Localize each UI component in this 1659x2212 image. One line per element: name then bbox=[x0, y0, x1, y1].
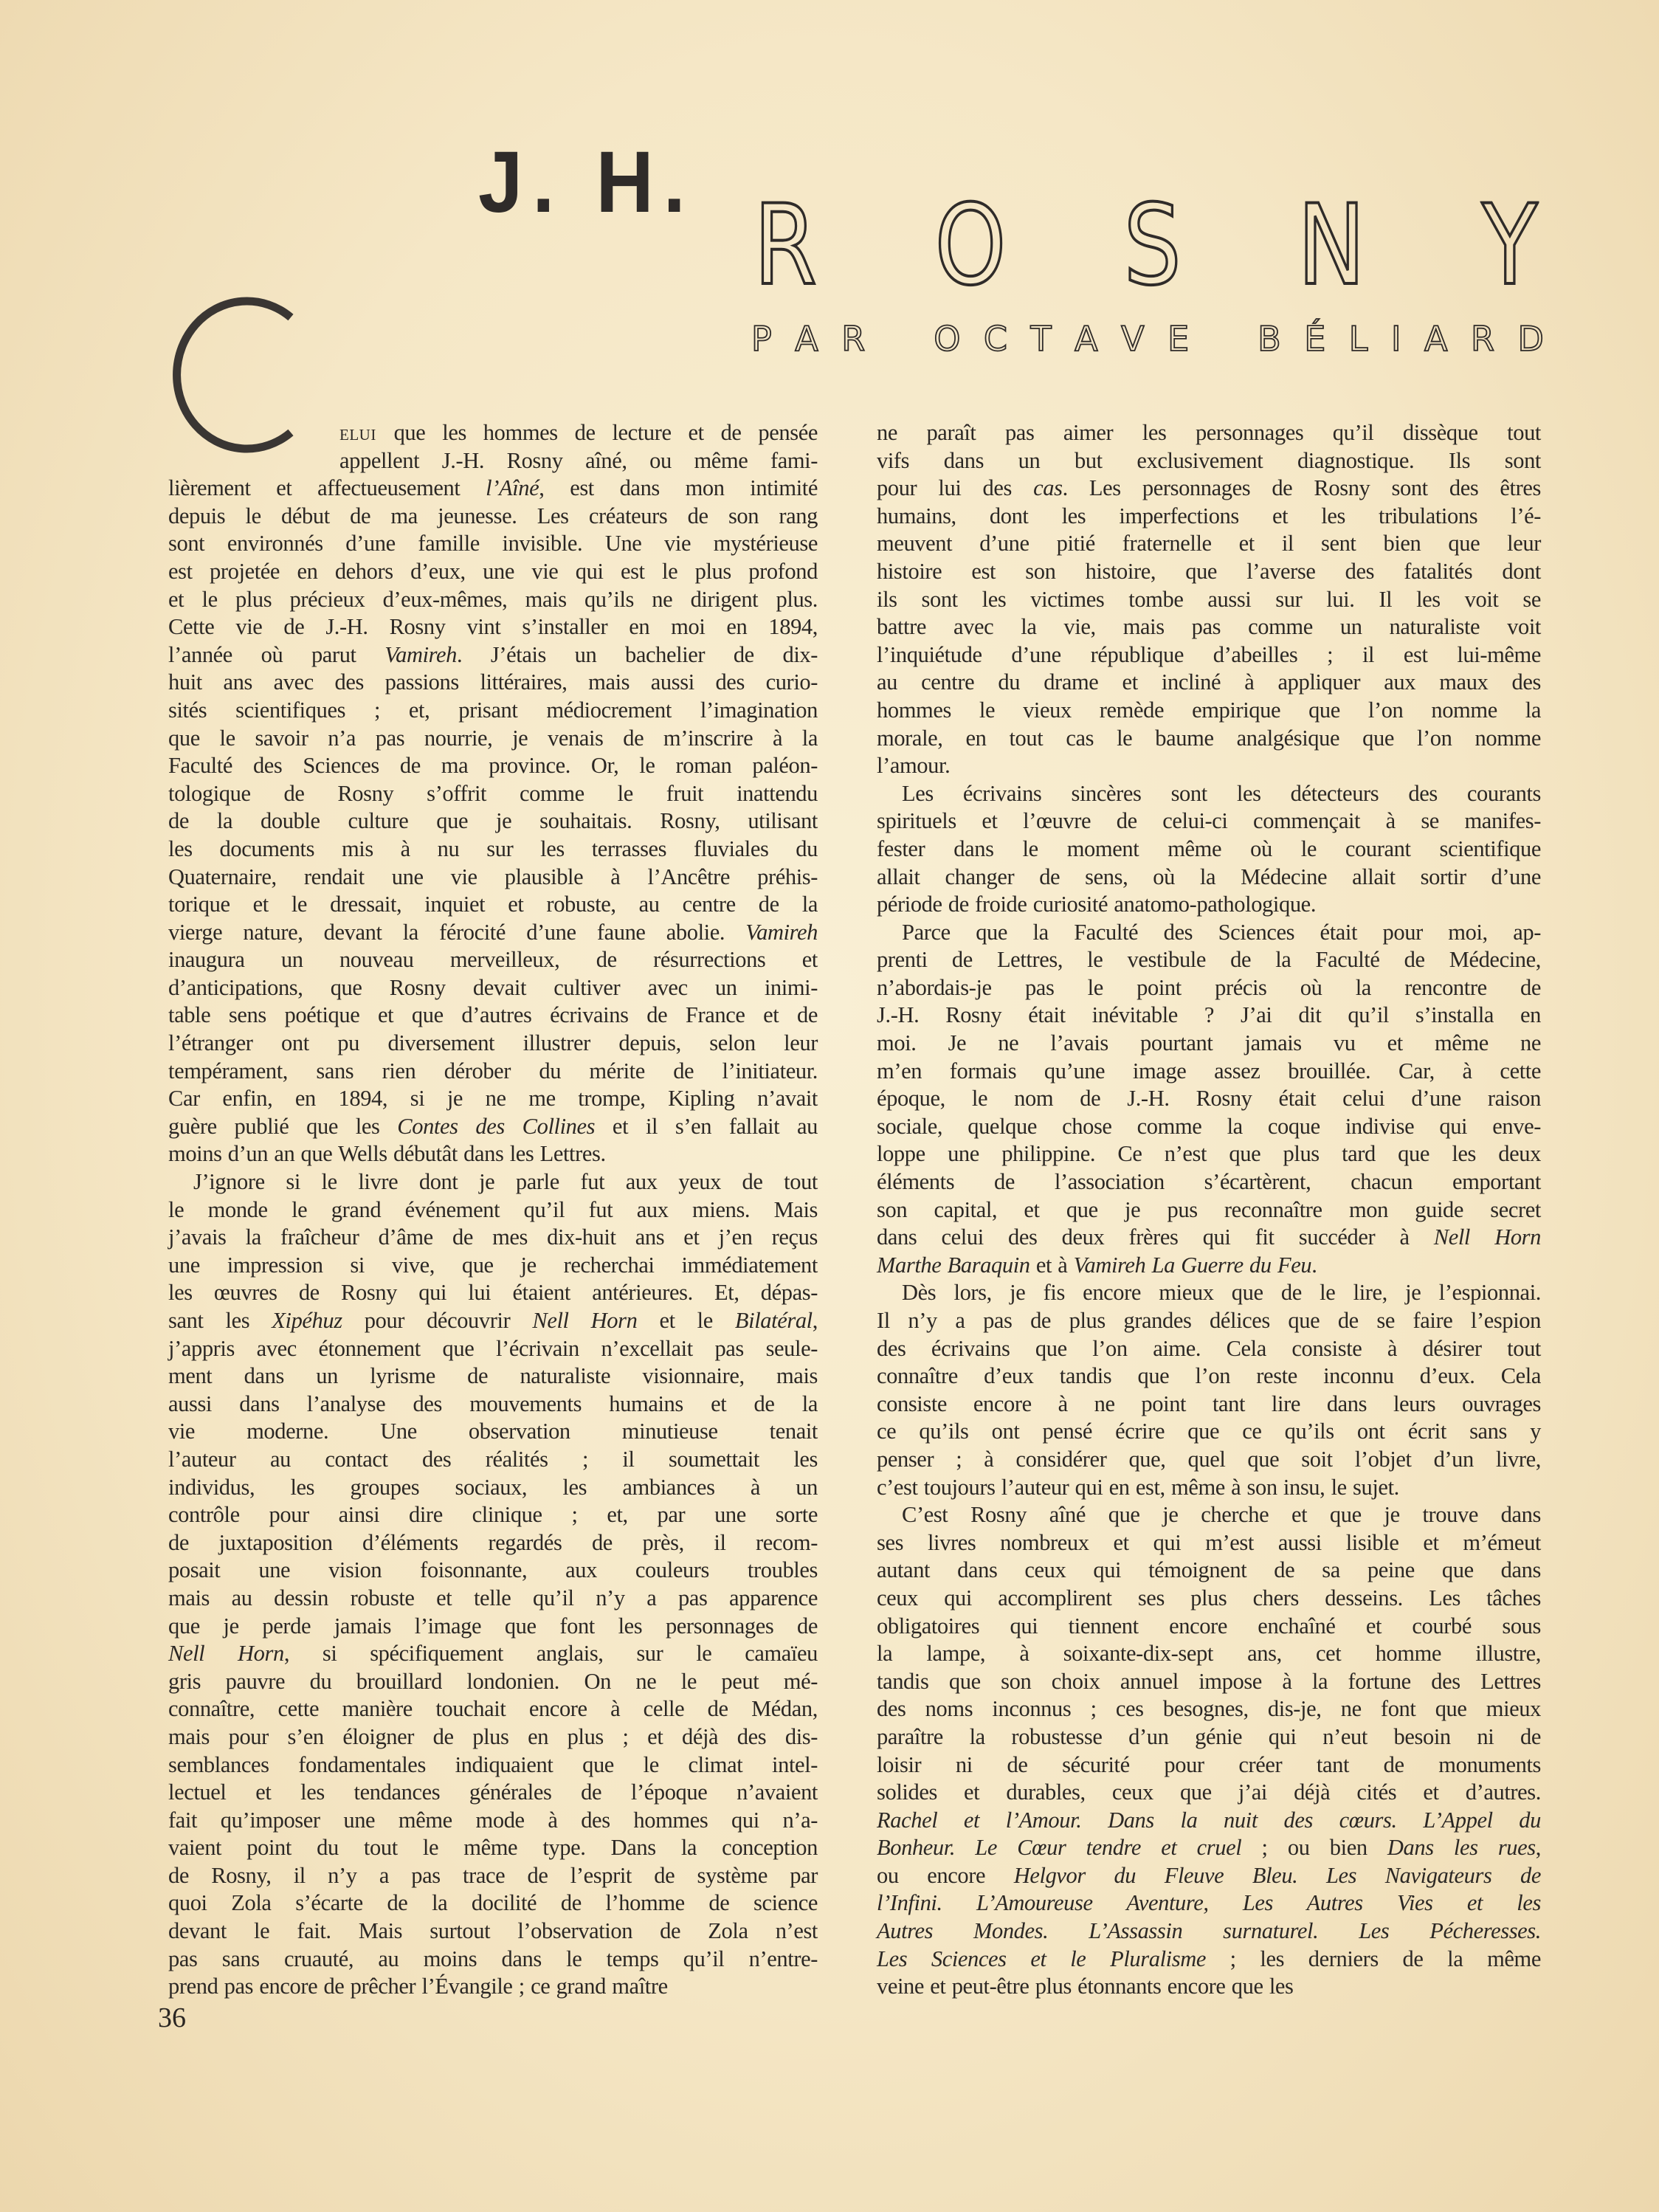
text-line: elui que les hommes de lecture et de pen… bbox=[168, 419, 818, 447]
text-line: j’appris avec étonnement que l’écrivain … bbox=[168, 1335, 818, 1363]
title-letter: R bbox=[753, 190, 816, 301]
text-line: paraître la robustesse d’un génie qui n’… bbox=[877, 1723, 1541, 1751]
byline-letter: L bbox=[1349, 322, 1368, 356]
title-letter: S bbox=[1123, 190, 1181, 301]
text-line: allait changer de sens, où la Médecine a… bbox=[877, 864, 1541, 892]
text-line: connaître, cette manière touchait encore… bbox=[168, 1695, 818, 1723]
text-line: période de froide curiosité anatomo-path… bbox=[877, 891, 1541, 919]
text-line: vifs dans un but exclusivement diagnosti… bbox=[877, 447, 1541, 475]
byline-letter: A bbox=[795, 322, 818, 356]
text-line: spirituels et l’œuvre de celui-ci commen… bbox=[877, 807, 1541, 835]
text-line: l’auteur au contact des réalités ; il so… bbox=[168, 1446, 818, 1474]
text-line: morale, en tout cas le baume analgésique… bbox=[877, 725, 1541, 753]
text-line: dans celui des deux frères qui fit succé… bbox=[877, 1224, 1541, 1252]
text-line: Faculté des Sciences de ma province. Or,… bbox=[168, 752, 818, 780]
text-line: j’avais la fraîcheur d’âme de mes dix-hu… bbox=[168, 1224, 818, 1252]
text-line: hommes le vieux remède empirique que l’o… bbox=[877, 697, 1541, 725]
text-line: moins d’un an que Wells débutât dans les… bbox=[168, 1140, 818, 1168]
text-line: connaître d’eux tandis que l’on reste in… bbox=[877, 1362, 1541, 1391]
text-line: Dès lors, je fis encore mieux que de le … bbox=[877, 1279, 1541, 1307]
text-line: lièrement et affectueusement l’Aîné, est… bbox=[168, 475, 818, 503]
byline-letter: É bbox=[1304, 322, 1325, 356]
text-line: tologique de Rosny s’offrit comme le fru… bbox=[168, 780, 818, 808]
byline-letter: O bbox=[934, 322, 960, 356]
text-line: le monde le grand événement qu’il fut au… bbox=[168, 1196, 818, 1224]
text-line: huit ans avec des passions littéraires, … bbox=[168, 669, 818, 697]
title-letter: Y bbox=[1483, 190, 1538, 301]
italic-title: Xipéhuz bbox=[272, 1308, 342, 1333]
byline-letter: A bbox=[1075, 322, 1097, 356]
text-line: solides et durables, ceux que j’ai déjà … bbox=[877, 1779, 1541, 1807]
text-line: battre avec la vie, mais pas comme un na… bbox=[877, 613, 1541, 641]
italic-title: Contes des Collines bbox=[397, 1114, 595, 1139]
italic-title: l’Infini. L’Amoureuse Aventure, Les Autr… bbox=[877, 1890, 1541, 1915]
text-line: Parce que la Faculté des Sciences était … bbox=[877, 919, 1541, 947]
italic-title: Helgvor du Fleuve Bleu. Les Navigateurs … bbox=[1014, 1863, 1541, 1888]
text-line: de la double culture que je souhaitais. … bbox=[168, 807, 818, 835]
text-line: époque, le nom de J.-H. Rosny était celu… bbox=[877, 1085, 1541, 1113]
text-line: Rachel et l’Amour. Dans la nuit des cœur… bbox=[877, 1807, 1541, 1835]
byline-letter: C bbox=[984, 322, 1007, 356]
text-line: que je perde jamais l’image que font les… bbox=[168, 1613, 818, 1641]
text-line: J’ignore si le livre dont je parle fut a… bbox=[168, 1168, 818, 1196]
text-line: tandis que son choix annuel impose à la … bbox=[877, 1668, 1541, 1696]
text-line: vierge nature, devant la férocité d’une … bbox=[168, 919, 818, 947]
byline-letter: R bbox=[841, 322, 865, 356]
text-line: penser ; à considérer que, quel que soit… bbox=[877, 1446, 1541, 1474]
text-line: semblances fondamentales indiquaient que… bbox=[168, 1751, 818, 1779]
text-line: mais au dessin robuste et telle qu’il n’… bbox=[168, 1585, 818, 1613]
text-line: C’est Rosny aîné que je cherche et que j… bbox=[877, 1501, 1541, 1529]
text-line: posait une vision foisonnante, aux coule… bbox=[168, 1557, 818, 1585]
italic-title: Dans les rues bbox=[1387, 1835, 1536, 1860]
text-line: des noms inconnus ; ces besognes, dis-je… bbox=[877, 1695, 1541, 1723]
right-column: ne paraît pas aimer les personnages qu’i… bbox=[877, 419, 1541, 2001]
italic-title: Nell Horn bbox=[532, 1308, 637, 1333]
text-line: de Rosny, il n’y a pas trace de l’esprit… bbox=[168, 1862, 818, 1890]
text-line: les documents mis à nu sur les terrasses… bbox=[168, 835, 818, 864]
italic-title: Rachel et l’Amour. Dans la nuit des cœur… bbox=[877, 1808, 1541, 1833]
italic-title: Nell Horn bbox=[168, 1641, 284, 1666]
italic-title: Marthe Baraquin bbox=[877, 1253, 1030, 1278]
text-line: aussi dans l’analyse des mouvements huma… bbox=[168, 1391, 818, 1419]
text-line: de juxtaposition d’éléments regardés de … bbox=[168, 1529, 818, 1557]
text-line: l’année où parut Vamireh. J’étais un bac… bbox=[168, 641, 818, 669]
left-column: elui que les hommes de lecture et de pen… bbox=[168, 419, 818, 2001]
byline-letter: E bbox=[1167, 322, 1189, 356]
byline-letter: R bbox=[1471, 322, 1494, 356]
italic-title: Vamireh bbox=[384, 642, 457, 667]
text-line: ne paraît pas aimer les personnages qu’i… bbox=[877, 419, 1541, 447]
text-line: tempérament, sans rien dérober du mérite… bbox=[168, 1058, 818, 1086]
text-line: quoi Zola s’écarte de la docilité de l’h… bbox=[168, 1889, 818, 1918]
italic-title: Vamireh La Guerre du Feu bbox=[1074, 1253, 1312, 1278]
text-line: Il n’y a pas de plus grandes délices que… bbox=[877, 1307, 1541, 1335]
text-line: appellent J.-H. Rosny aîné, ou même fami… bbox=[168, 447, 818, 475]
text-line: fester dans le moment même où le courant… bbox=[877, 835, 1541, 864]
text-line: depuis le début de ma jeunesse. Les créa… bbox=[168, 503, 818, 531]
text-line: éléments de l’association s’écartèrent, … bbox=[877, 1168, 1541, 1196]
text-line: loisir ni de sécurité pour créer tant de… bbox=[877, 1751, 1541, 1779]
italic-title: Les Sciences et le Pluralisme bbox=[877, 1946, 1206, 1971]
title-initials: J. H. bbox=[478, 139, 695, 226]
text-line: sités scientifiques ; et, prisant médioc… bbox=[168, 697, 818, 725]
text-line: ou encore Helgvor du Fleuve Bleu. Les Na… bbox=[877, 1862, 1541, 1890]
text-line: obligatoires qui tiennent encore enchaîn… bbox=[877, 1613, 1541, 1641]
byline-letter: A bbox=[1424, 322, 1447, 356]
text-line: Quaternaire, rendait une vie plausible à… bbox=[168, 864, 818, 892]
text-line: sont environnés d’une famille invisible.… bbox=[168, 530, 818, 558]
text-line: autant dans ceux qui témoignent de sa pe… bbox=[877, 1557, 1541, 1585]
magazine-page: J. H. ROSNY PAROCTAVEBÉLIARD elui que le… bbox=[0, 0, 1659, 2212]
text-line: vaient point du tout le même type. Dans … bbox=[168, 1834, 818, 1862]
text-line: fait qu’imposer une même mode à des homm… bbox=[168, 1807, 818, 1835]
italic-title: Vamireh bbox=[745, 920, 818, 945]
byline-letter: T bbox=[1031, 322, 1052, 356]
text-line: histoire est son histoire, que l’averse … bbox=[877, 558, 1541, 586]
text-line: ils sont les victimes tombe aussi sur lu… bbox=[877, 586, 1541, 614]
text-line: sociale, quelque chose comme la coque in… bbox=[877, 1113, 1541, 1141]
text-line: Cette vie de J.-H. Rosny vint s’installe… bbox=[168, 613, 818, 641]
text-line: guère publié que les Contes des Collines… bbox=[168, 1113, 818, 1141]
italic-title: l’Aîné bbox=[486, 475, 539, 500]
text-line: Les Sciences et le Pluralisme ; les dern… bbox=[877, 1946, 1541, 1974]
text-line: humains, dont les imperfections et les t… bbox=[877, 503, 1541, 531]
text-line: m’en formais qu’une image assez brouillé… bbox=[877, 1058, 1541, 1086]
text-line: Marthe Baraquin et à Vamireh La Guerre d… bbox=[877, 1252, 1541, 1280]
text-line: prend pas encore de prêcher l’Évangile ;… bbox=[168, 1973, 818, 2001]
byline-letter: P bbox=[751, 322, 772, 356]
text-line: Autres Mondes. L’Assassin surnaturel. Le… bbox=[877, 1918, 1541, 1946]
text-line: sant les Xipéhuz pour découvrir Nell Hor… bbox=[168, 1307, 818, 1335]
text-line: Car enfin, en 1894, si je ne me trompe, … bbox=[168, 1085, 818, 1113]
text-line: consiste encore à ne point tant lire dan… bbox=[877, 1391, 1541, 1419]
text-line: ceux qui accomplirent ses plus chers des… bbox=[877, 1585, 1541, 1613]
text-line: J.-H. Rosny était inévitable ? J’ai dit … bbox=[877, 1002, 1541, 1030]
title-surname: ROSNY bbox=[747, 190, 1544, 301]
text-line: d’anticipations, que Rosny devait cultiv… bbox=[168, 974, 818, 1002]
italic-title: Bilatéral bbox=[735, 1308, 813, 1333]
title-letter: O bbox=[935, 190, 1007, 301]
text-line: Bonheur. Le Cœur tendre et cruel ; ou bi… bbox=[877, 1834, 1541, 1862]
text-line: table sens poétique et que d’autres écri… bbox=[168, 1002, 818, 1030]
text-line: pas sans cruauté, au moins dans le temps… bbox=[168, 1946, 818, 1974]
text-line: Nell Horn, si spécifiquement anglais, su… bbox=[168, 1640, 818, 1668]
byline-letter: D bbox=[1517, 322, 1543, 356]
text-line: torique et le dressait, inquiet et robus… bbox=[168, 891, 818, 919]
byline: PAROCTAVEBÉLIARD bbox=[751, 322, 1544, 356]
text-line: contrôle pour ainsi dire clinique ; et, … bbox=[168, 1501, 818, 1529]
text-line: loppe une philippine. Ce n’est que plus … bbox=[877, 1140, 1541, 1168]
byline-letter: B bbox=[1258, 322, 1281, 356]
lead-smallcaps: elui bbox=[339, 420, 394, 445]
text-line: que le savoir n’a pas nourrie, je venais… bbox=[168, 725, 818, 753]
text-line: ment dans un lyrisme de naturaliste visi… bbox=[168, 1362, 818, 1391]
text-line: l’amour. bbox=[877, 752, 1541, 780]
text-line: et le plus précieux d’eux-mêmes, mais qu… bbox=[168, 586, 818, 614]
text-line: c’est toujours l’auteur qui en est, même… bbox=[877, 1474, 1541, 1502]
page-number: 36 bbox=[158, 2002, 186, 2034]
text-line: ce qu’ils ont pensé écrire que ce qu’ils… bbox=[877, 1418, 1541, 1446]
text-line: l’inquiétude d’une république d’abeilles… bbox=[877, 641, 1541, 669]
text-line: prenti de Lettres, le vestibule de la Fa… bbox=[877, 946, 1541, 974]
text-line: pour lui des cas. Les personnages de Ros… bbox=[877, 475, 1541, 503]
byline-letter: V bbox=[1121, 322, 1144, 356]
title-letter: N bbox=[1298, 190, 1366, 301]
text-line: les œuvres de Rosny qui lui étaient anté… bbox=[168, 1279, 818, 1307]
text-line: ses livres nombreux et qui m’est aussi l… bbox=[877, 1529, 1541, 1557]
text-line: Les écrivains sincères sont les détecteu… bbox=[877, 780, 1541, 808]
byline-letter: I bbox=[1391, 322, 1401, 356]
text-line: une impression si vive, que je rechercha… bbox=[168, 1252, 818, 1280]
text-line: inaugura un nouveau merveilleux, de résu… bbox=[168, 946, 818, 974]
text-line: l’Infini. L’Amoureuse Aventure, Les Autr… bbox=[877, 1889, 1541, 1918]
text-line: individus, les groupes sociaux, les ambi… bbox=[168, 1474, 818, 1502]
text-line: vie moderne. Une observation minutieuse … bbox=[168, 1418, 818, 1446]
text-line: meuvent d’une pitié fraternelle et il se… bbox=[877, 530, 1541, 558]
text-line: moi. Je ne l’avais pourtant jamais vu et… bbox=[877, 1030, 1541, 1058]
text-line: veine et peut-être plus étonnants encore… bbox=[877, 1973, 1541, 2001]
text-line: lectuel et les tendances générales de l’… bbox=[168, 1779, 818, 1807]
text-line: n’abordais-je pas le point précis où la … bbox=[877, 974, 1541, 1002]
text-line: devant le fait. Mais surtout l’observati… bbox=[168, 1918, 818, 1946]
text-line: la lampe, à soixante-dix-sept ans, cet h… bbox=[877, 1640, 1541, 1668]
text-line: mais pour s’en éloigner de plus en plus … bbox=[168, 1723, 818, 1751]
italic-title: Autres Mondes. L’Assassin surnaturel. Le… bbox=[877, 1918, 1541, 1943]
text-line: son capital, et que je pus reconnaître m… bbox=[877, 1196, 1541, 1224]
italic-title: Bonheur. Le Cœur tendre et cruel bbox=[877, 1835, 1241, 1860]
italic-title: cas bbox=[1033, 475, 1062, 500]
text-line: est projetée en dehors d’eux, une vie qu… bbox=[168, 558, 818, 586]
text-line: au centre du drame et incliné à applique… bbox=[877, 669, 1541, 697]
italic-title: Nell Horn bbox=[1434, 1224, 1541, 1250]
text-line: gris pauvre du brouillard londonien. On … bbox=[168, 1668, 818, 1696]
text-line: des écrivains que l’on aime. Cela consis… bbox=[877, 1335, 1541, 1363]
text-line: l’étranger ont pu diversement illustrer … bbox=[168, 1030, 818, 1058]
